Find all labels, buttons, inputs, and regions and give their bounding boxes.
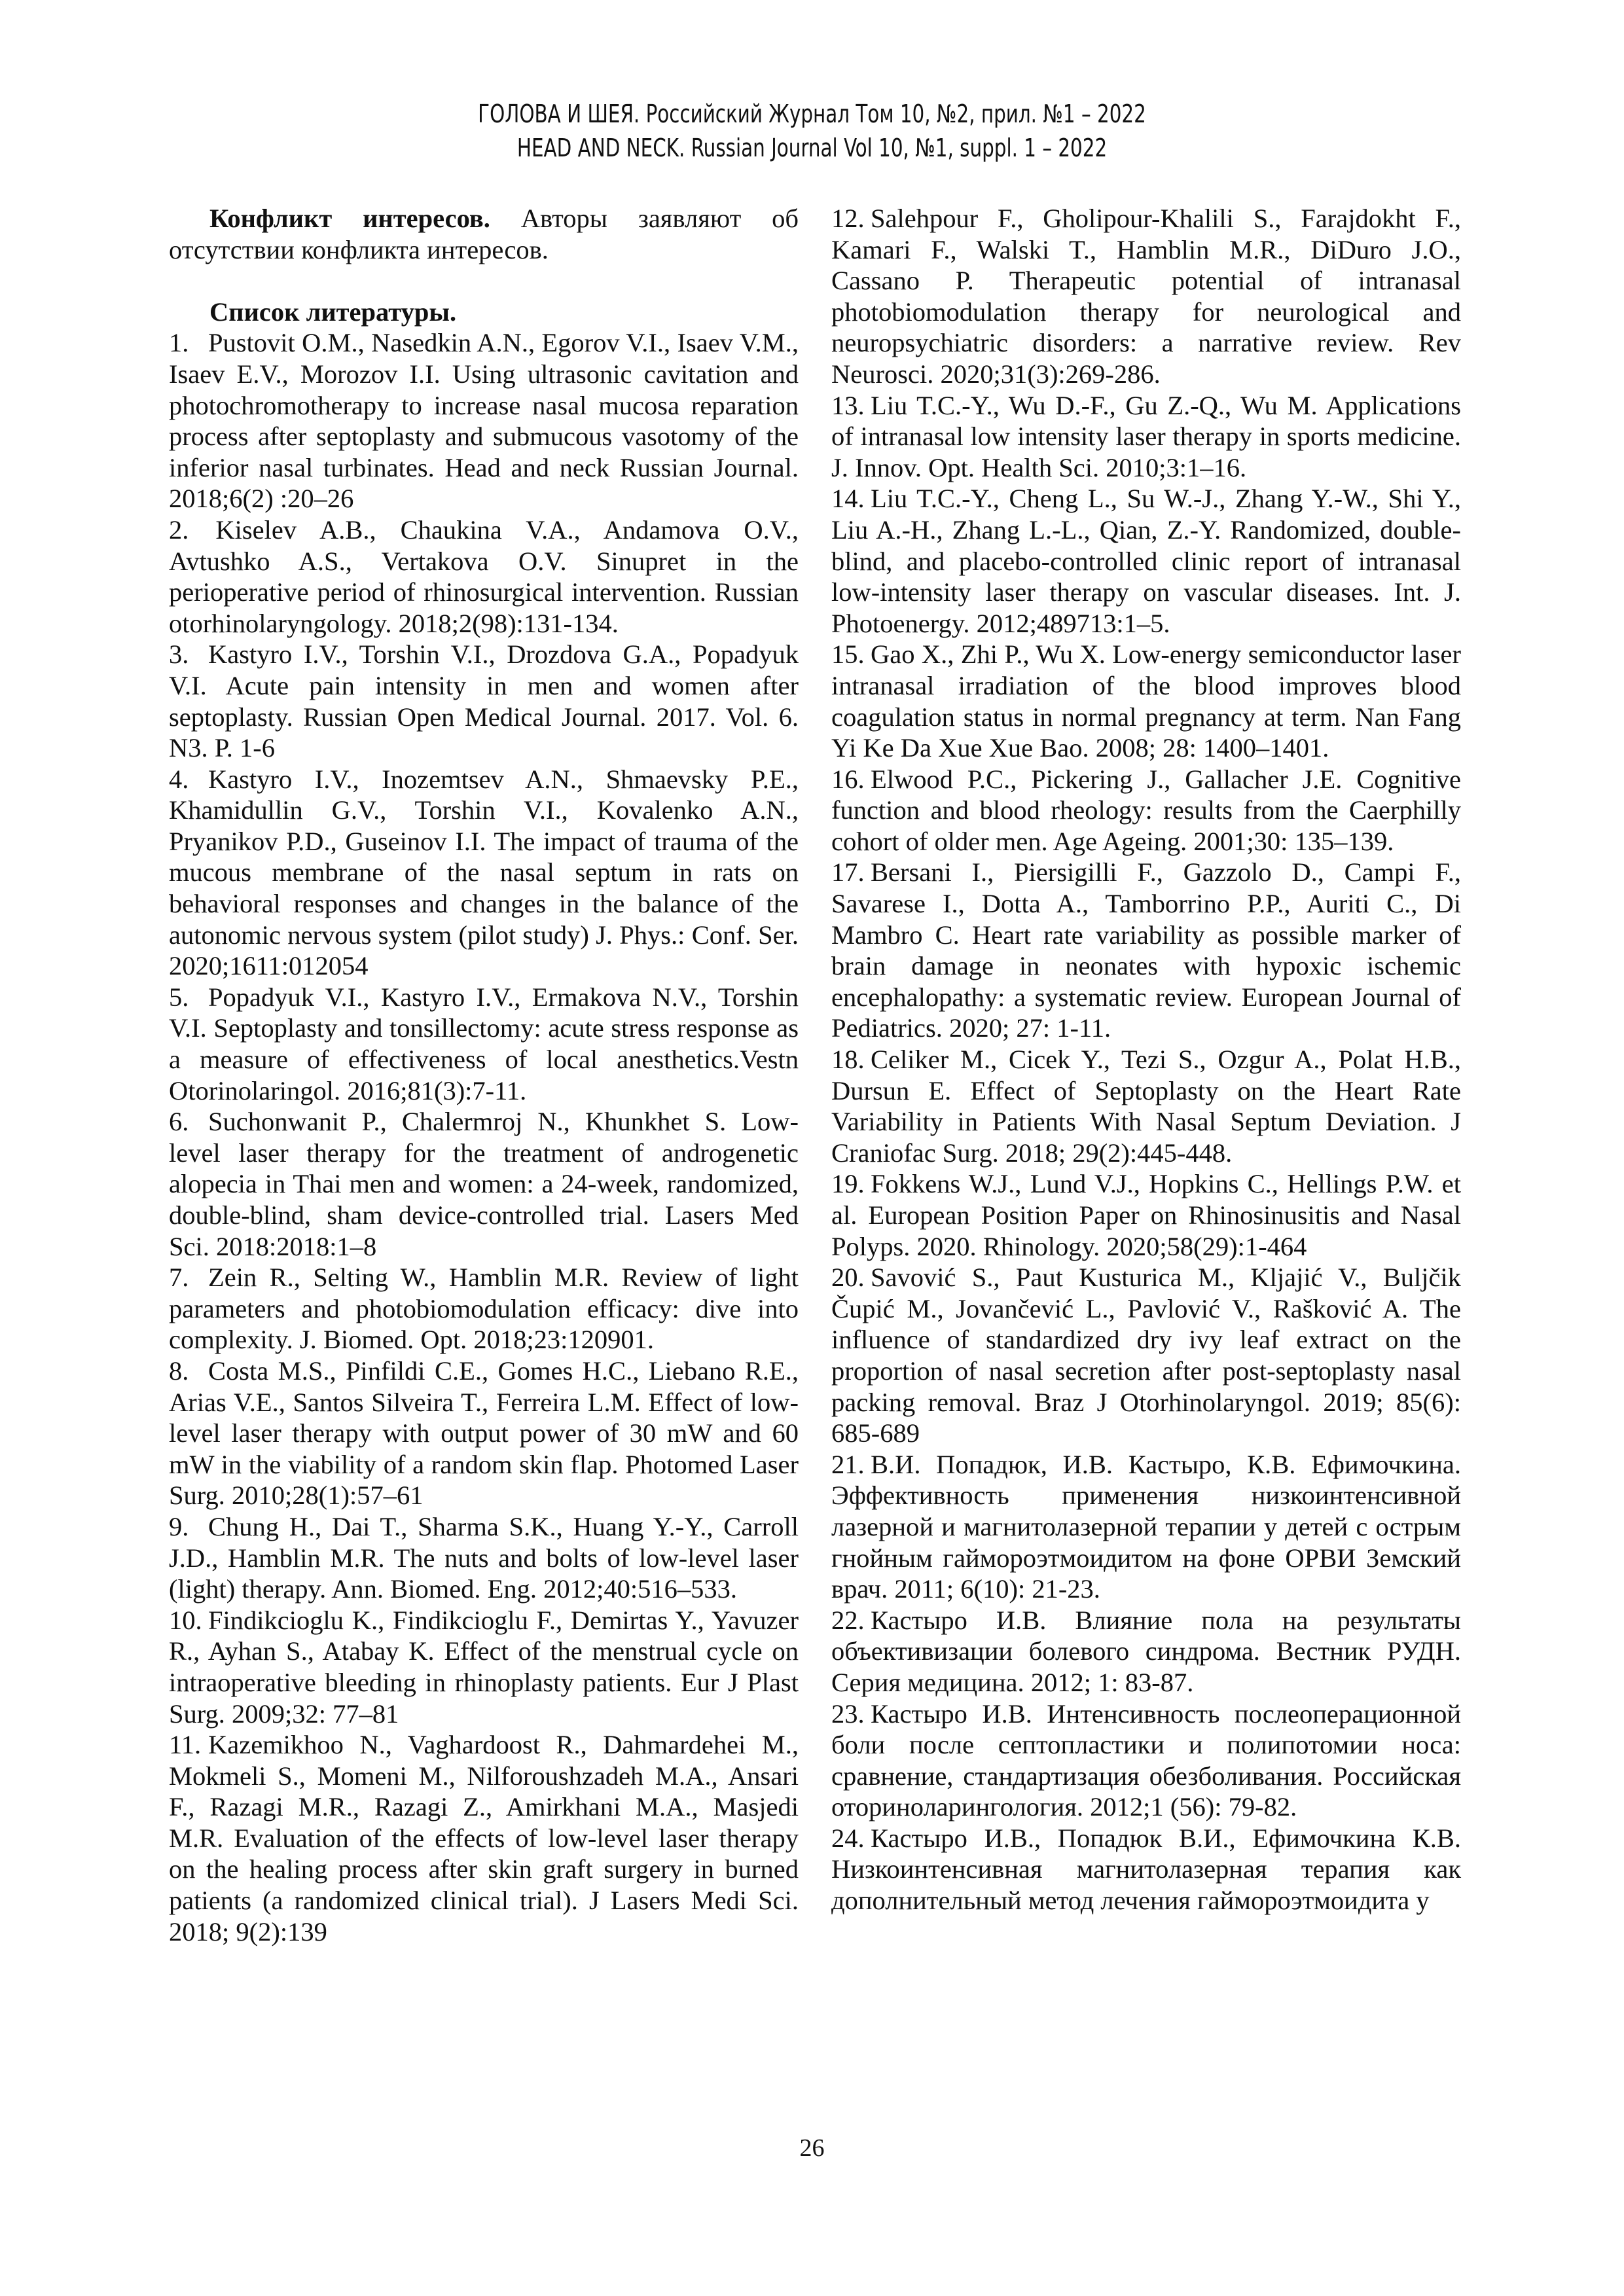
reference-text: Bersani I., Piersigilli F., Gazzolo D., … (831, 857, 1461, 1043)
reference-item: 2. Kiselev A.B., Chaukina V.A., Andamova… (169, 514, 799, 639)
reference-text: Liu T.C.-Y., Cheng L., Su W.-J., Zhang Y… (831, 484, 1461, 637)
reference-text: Popadyuk V.I., Kastyro I.V., Ermakova N.… (169, 982, 799, 1105)
reference-number: 7. (169, 1262, 208, 1293)
reference-text: Celiker M., Cicek Y., Tezi S., Ozgur A.,… (831, 1045, 1461, 1168)
reference-item: 24.Кастыро И.В., Попадюк В.И., Ефимочкин… (831, 1823, 1461, 1916)
reference-item: 4.Kastyro I.V., Inozemtsev A.N., Shmaevs… (169, 764, 799, 982)
page-number: 26 (0, 2134, 1624, 2162)
reference-number: 20. (831, 1262, 871, 1293)
reference-item: 7.Zein R., Selting W., Hamblin M.R. Revi… (169, 1262, 799, 1355)
reference-text: Kazemikhoo N., Vaghardoost R., Dahmardeh… (169, 1730, 799, 1946)
header-title-en: HEAD AND NECK. Russian Journal Vol 10, №… (114, 131, 1511, 165)
reference-item: 11.Kazemikhoo N., Vaghardoost R., Dahmar… (169, 1729, 799, 1947)
reference-item: 14.Liu T.C.-Y., Cheng L., Su W.-J., Zhan… (831, 483, 1461, 639)
reference-text: Liu T.C.-Y., Wu D.-F., Gu Z.-Q., Wu M. A… (831, 391, 1461, 482)
reference-number: 17. (831, 857, 871, 888)
reference-item: 20.Savović S., Paut Kusturica M., Kljaji… (831, 1262, 1461, 1449)
header-title-ru: ГОЛОВА И ШЕЯ. Российский Журнал Том 10, … (114, 97, 1511, 131)
reference-item: 12.Salehpour F., Gholipour-Khalili S., F… (831, 203, 1461, 390)
reference-text: Suchonwanit P., Chalermroj N., Khunkhet … (169, 1107, 799, 1261)
reference-text: Kastyro I.V., Inozemtsev A.N., Shmaevsky… (169, 764, 799, 981)
reference-number: 15. (831, 639, 871, 670)
left-column: Конфликт интересов. Авторы заявляют об о… (169, 203, 799, 1947)
reference-number: 18. (831, 1044, 871, 1075)
reference-text: Gao X., Zhi P., Wu X. Low-energy semicon… (831, 639, 1461, 762)
reference-number: 9. (169, 1511, 208, 1543)
reference-text: В.И. Попадюк, И.В. Кастыро, К.В. Ефимочк… (831, 1450, 1461, 1604)
reference-number: 13. (831, 390, 871, 422)
reference-item: 13.Liu T.C.-Y., Wu D.-F., Gu Z.-Q., Wu M… (831, 390, 1461, 484)
reference-item: 9.Chung H., Dai T., Sharma S.K., Huang Y… (169, 1511, 799, 1605)
reference-item: 19.Fokkens W.J., Lund V.J., Hopkins C., … (831, 1168, 1461, 1262)
reference-number: 11. (169, 1729, 208, 1761)
references-heading: Список литературы. (169, 296, 799, 328)
reference-item: 10.Findikcioglu K., Findikcioglu F., Dem… (169, 1605, 799, 1729)
reference-number: 4. (169, 764, 208, 795)
conflict-of-interest: Конфликт интересов. Авторы заявляют об о… (169, 203, 799, 265)
reference-item: 23.Кастыро И.В. Интенсивность послеопера… (831, 1698, 1461, 1823)
reference-text: Кастыро И.В. Интенсивность послеоперацио… (831, 1699, 1461, 1822)
reference-text: Pustovit O.M., Nasedkin A.N., Egorov V.I… (169, 328, 799, 513)
reference-item: 16.Elwood P.C., Pickering J., Gallacher … (831, 764, 1461, 857)
reference-number: 1. (169, 327, 208, 359)
reference-number: 14. (831, 483, 871, 514)
reference-number: 19. (831, 1168, 871, 1200)
right-column: 12.Salehpour F., Gholipour-Khalili S., F… (831, 203, 1461, 1916)
running-header: ГОЛОВА И ШЕЯ. Российский Журнал Том 10, … (114, 97, 1511, 165)
reference-item: 17.Bersani I., Piersigilli F., Gazzolo D… (831, 857, 1461, 1044)
reference-number: 10. (169, 1605, 208, 1636)
reference-item: 3.Kastyro I.V., Torshin V.I., Drozdova G… (169, 639, 799, 763)
reference-text: Costa M.S., Pinfildi C.E., Gomes H.C., L… (169, 1356, 799, 1510)
conflict-label: Конфликт интересов. (209, 204, 490, 233)
reference-text: Zein R., Selting W., Hamblin M.R. Review… (169, 1263, 799, 1354)
reference-number: 6. (169, 1106, 208, 1138)
reference-text: Кастыро И.В., Попадюк В.И., Ефимочкина К… (831, 1823, 1461, 1915)
reference-number: 24. (831, 1823, 871, 1854)
reference-text: Findikcioglu K., Findikcioglu F., Demirt… (169, 1605, 799, 1729)
reference-number: 5. (169, 982, 208, 1013)
reference-text: Кастыро И.В. Влияние пола на результаты … (831, 1605, 1461, 1697)
reference-text: Fokkens W.J., Lund V.J., Hopkins C., Hel… (831, 1169, 1461, 1261)
spacer (169, 265, 799, 296)
reference-text: Chung H., Dai T., Sharma S.K., Huang Y.-… (169, 1512, 799, 1604)
reference-item: 1.Pustovit O.M., Nasedkin A.N., Egorov V… (169, 327, 799, 514)
reference-number: 3. (169, 639, 208, 670)
reference-item: 5.Popadyuk V.I., Kastyro I.V., Ermakova … (169, 982, 799, 1106)
reference-text: Savović S., Paut Kusturica M., Kljajić V… (831, 1263, 1461, 1448)
reference-item: 15.Gao X., Zhi P., Wu X. Low-energy semi… (831, 639, 1461, 763)
reference-item: 8.Costa M.S., Pinfildi C.E., Gomes H.C.,… (169, 1355, 799, 1511)
reference-number: 21. (831, 1449, 871, 1480)
reference-number: 23. (831, 1698, 871, 1730)
reference-text: Kiselev A.B., Chaukina V.A., Andamova O.… (169, 515, 799, 638)
reference-number: 8. (169, 1355, 208, 1387)
reference-text: Salehpour F., Gholipour-Khalili S., Fara… (831, 204, 1461, 389)
reference-number: 16. (831, 764, 871, 795)
reference-item: 6.Suchonwanit P., Chalermroj N., Khunkhe… (169, 1106, 799, 1262)
reference-number: 2. (169, 514, 189, 546)
reference-number: 22. (831, 1605, 871, 1636)
reference-item: 22.Кастыро И.В. Влияние пола на результа… (831, 1605, 1461, 1698)
reference-item: 21.В.И. Попадюк, И.В. Кастыро, К.В. Ефим… (831, 1449, 1461, 1605)
reference-number: 12. (831, 203, 871, 234)
reference-text: Elwood P.C., Pickering J., Gallacher J.E… (831, 764, 1461, 856)
reference-item: 18.Celiker M., Cicek Y., Tezi S., Ozgur … (831, 1044, 1461, 1168)
reference-text: Kastyro I.V., Torshin V.I., Drozdova G.A… (169, 639, 799, 762)
